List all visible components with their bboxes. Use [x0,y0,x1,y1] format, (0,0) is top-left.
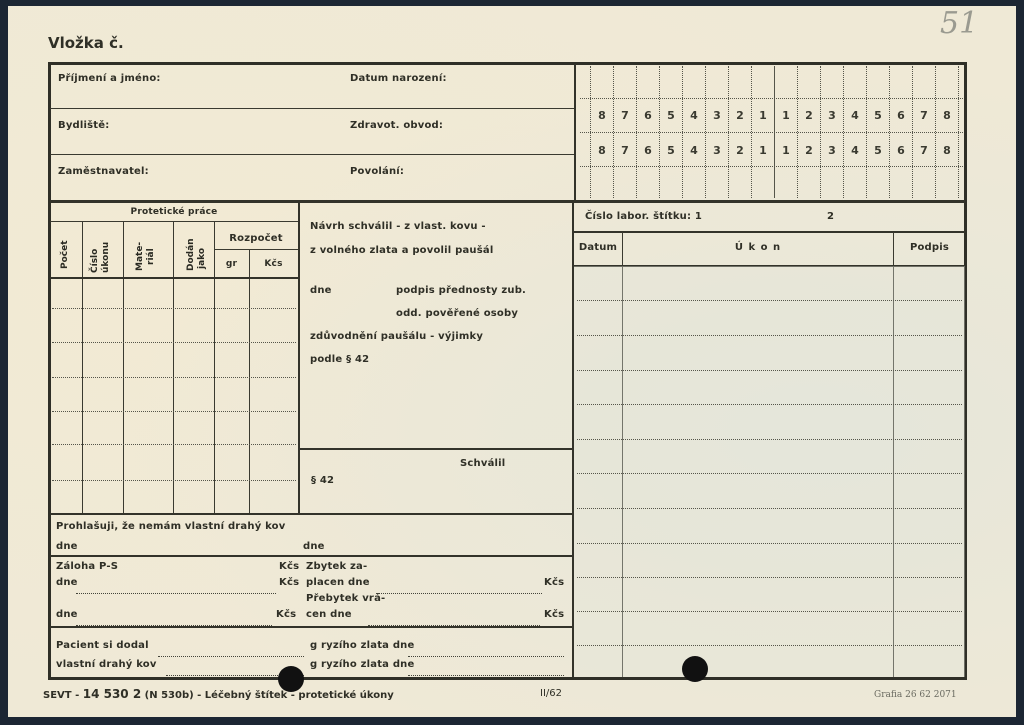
gold-top-line [50,626,572,628]
tooth-number: 8 [591,144,613,157]
tooth-number: 5 [660,144,682,157]
lab-label-number: Číslo labor. štítku: 1 [585,211,702,222]
tooth-number: 4 [683,109,705,122]
lab-row[interactable] [577,404,962,405]
col-header-material-2: riál [146,248,156,265]
printer-mark: Grafia 26 62 2071 [874,690,957,700]
surplus-label-2: cen dne [306,609,352,620]
lab-label-second-number: 2 [827,211,834,222]
health-district-label: Zdravot. obvod: [350,120,443,131]
col-header-delivered-1: Dodán [186,238,196,271]
tooth-number: 4 [683,144,705,157]
tooth-number: 3 [706,109,728,122]
tooth-number: 3 [821,144,843,157]
tooth-number: 8 [591,109,613,122]
second-amount-currency: Kčs [276,609,296,620]
gold-line-1-label: Pacient si dodal [56,640,149,651]
birthdate-field[interactable] [448,68,568,104]
approval-justification: zdůvodnění paušálu - výjimky [310,331,483,342]
health-district-field[interactable] [448,112,568,150]
advance-date-field[interactable] [76,579,276,598]
table-row[interactable] [52,411,296,412]
tooth-number: 1 [775,144,797,157]
rest-label-1: Zbytek za- [306,561,367,572]
lab-header-top-line [574,231,965,233]
approval-signature-line-1: podpis přednosty zub. [396,285,526,296]
lab-row[interactable] [577,577,962,578]
col-header-budget: Rozpočet [214,233,298,244]
payments-top-line [50,555,572,557]
gold-grams-field-1[interactable] [158,642,304,661]
declaration-date-right: dne [303,541,325,552]
lab-row[interactable] [577,543,962,544]
birthdate-label: Datum narození: [350,73,447,84]
form-edition: II/62 [540,688,562,699]
tooth-number: 6 [637,144,659,157]
col-header-count: Počet [60,240,70,269]
tooth-number: 4 [844,109,866,122]
approval-line-1: Návrh schválil - z vlast. kovu - [310,221,486,232]
tooth-number: 5 [660,109,682,122]
form-code-number: 14 530 2 [83,687,141,701]
form-code-prefix: SEVT - [43,690,83,701]
second-date-label: dne [56,609,78,620]
tooth-number: 5 [867,109,889,122]
rest-label-2: placen dne [306,577,370,588]
tooth-number: 7 [614,109,636,122]
tooth-number: 6 [890,144,912,157]
tooth-number: 1 [752,109,774,122]
advance-date-label: dne [56,577,78,588]
form-title: Vložka č. [48,34,124,52]
lab-col-podpis: Podpis [894,242,965,253]
gold-date-field-2[interactable] [408,661,564,680]
tooth-number: 4 [844,144,866,157]
approval-line-2: z volného zlata a povolil paušál [310,245,493,256]
tooth-number: 8 [936,144,958,157]
surname-field[interactable] [168,68,343,104]
advance-label: Záloha P-S [56,561,118,572]
advance-amount-currency: Kčs [279,577,299,588]
surplus-label-1: Přebytek vrá- [306,593,385,604]
lab-row[interactable] [577,508,962,509]
tooth-number: 2 [729,144,751,157]
lab-col-datum: Datum [574,242,622,253]
declaration-text: Prohlašuji, že nemám vlastní drahý kov [56,521,285,532]
advance-currency: Kčs [279,561,299,572]
lab-row[interactable] [577,439,962,440]
approval-date-label: dne [310,285,332,296]
handwritten-note: 51 [940,6,978,41]
tooth-number: 6 [637,109,659,122]
form-page: Vložka č. 51 Příjmení a jméno: Datum nar… [8,6,1016,717]
form-code: SEVT - 14 530 2 (N 530b) - Léčebný štíte… [43,687,394,701]
table-row[interactable] [52,377,296,378]
tooth-number: 3 [706,144,728,157]
surname-label: Příjmení a jméno: [58,73,161,84]
approved-section-divider [300,448,572,450]
lab-row[interactable] [577,300,962,301]
lab-row[interactable] [577,645,962,646]
gold-unit-label-2: g ryzího zlata dne [310,659,414,670]
surplus-currency: Kčs [544,609,564,620]
employer-field[interactable] [148,158,343,196]
lab-row[interactable] [577,335,962,336]
form-code-suffix: (N 530b) - Léčebný štítek - protetické ú… [141,690,394,701]
declaration-date-left: dne [56,541,78,552]
declaration-date-field-left[interactable] [80,537,290,553]
table-row[interactable] [52,444,296,445]
tooth-number: 1 [752,144,774,157]
col-header-delivered-2: jako [197,248,207,269]
gold-date-field-1[interactable] [408,642,564,661]
approval-signature-field[interactable] [308,376,570,446]
approved-signature-field[interactable] [308,476,570,510]
table-row[interactable] [52,342,296,343]
tooth-number: 7 [614,144,636,157]
row-divider [50,108,574,109]
gold-unit-label-1: g ryzího zlata dne [310,640,414,651]
gold-line-2-label: vlastní drahý kov [56,659,157,670]
tooth-number: 3 [821,109,843,122]
tooth-number: 2 [798,144,820,157]
lab-records-table [574,266,965,677]
lab-row[interactable] [577,611,962,612]
punch-hole [682,656,708,682]
employer-label: Zaměstnavatel: [58,166,149,177]
col-header-material-1: Mate- [135,242,145,271]
tooth-number: 7 [913,144,935,157]
tooth-number: 6 [890,109,912,122]
residence-label: Bydliště: [58,120,109,131]
declaration-top-line [50,513,572,515]
tooth-number: 5 [867,144,889,157]
tooth-number: 2 [798,109,820,122]
rest-paid-field[interactable] [376,579,542,598]
residence-field[interactable] [118,112,343,150]
prosthetic-table-title: Protetické práce [50,207,298,217]
occupation-label: Povolání: [350,166,404,177]
dental-chart[interactable]: 8 7 6 5 4 3 2 1 1 2 3 4 5 6 7 8 8 7 6 5 … [576,64,965,200]
table-row[interactable] [52,480,296,481]
col-header-code-1: Číslo [90,249,100,273]
tooth-number: 8 [936,109,958,122]
occupation-field[interactable] [418,158,568,196]
approved-label: Schválil [460,458,505,469]
lab-col-ukon: Ú k o n [623,242,893,253]
col-header-code-2: úkonu [101,242,111,273]
row-divider [50,154,574,155]
approval-signature-line-2: odd. pověřené osoby [396,308,518,319]
lab-row[interactable] [577,370,962,371]
declaration-date-field-right[interactable] [328,537,568,553]
approval-paragraph: podle § 42 [310,354,369,365]
tooth-number: 7 [913,109,935,122]
col-header-grams: gr [214,259,249,269]
lab-row[interactable] [577,473,962,474]
tooth-number: 1 [775,109,797,122]
table-row[interactable] [52,308,296,309]
col-header-kcs: Kčs [249,259,298,269]
prosthetic-approval-divider [298,203,300,513]
tooth-number: 2 [729,109,751,122]
rest-currency: Kčs [544,577,564,588]
prosthetic-table: Protetické práce Počet Číslo úkonu Mate-… [50,203,298,513]
